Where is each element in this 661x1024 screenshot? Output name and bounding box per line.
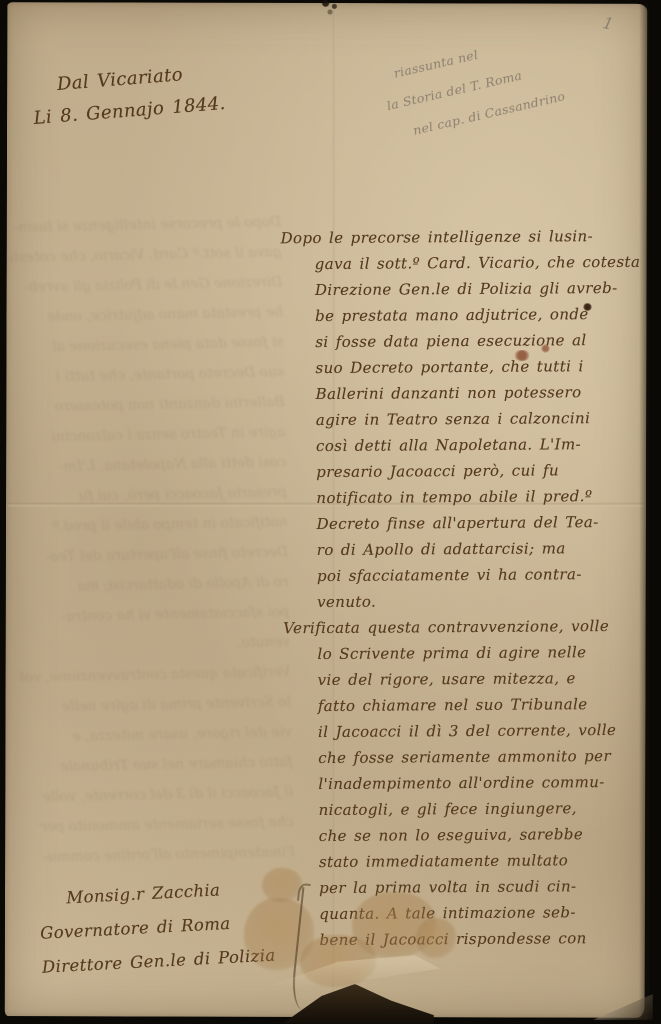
body-line: lo Scrivente prima di agire nelle	[317, 639, 643, 667]
body-line: agire in Teatro senza i calzoncini	[316, 405, 642, 433]
body-line: stato immediatamente multato	[319, 847, 645, 875]
body-line: venuto.	[317, 587, 643, 615]
body-line: suo Decreto portante, che tutti i	[315, 353, 641, 381]
body-line: nicatogli, e gli fece ingiungere,	[318, 795, 644, 823]
body-line: be prestata mano adjutrice, onde	[315, 301, 641, 329]
paper-right-edge-shadow	[639, 0, 649, 1024]
body-line: bene il Jacoacci rispondesse con	[319, 925, 645, 953]
body-line: che fosse seriamente ammonito per	[318, 743, 644, 771]
body-line: notificato in tempo abile il pred.º	[316, 483, 642, 511]
body-line: si fosse data piena esecuzione al	[315, 327, 641, 355]
body-line: fatto chiamare nel suo Tribunale	[318, 691, 644, 719]
body-line: Decreto finse all'apertura del Tea-	[316, 509, 642, 537]
body-line: Verificata questa contravvenzione, volle	[283, 613, 643, 642]
body-line: Direzione Gen.le di Polizia gli avreb-	[315, 275, 641, 303]
body-line: presario Jacoacci però, cui fu	[316, 457, 642, 485]
body-line: Dopo le precorse intelligenze si lusin-	[280, 223, 640, 252]
body-line: Ballerini danzanti non potessero	[316, 379, 642, 407]
body-line: che se non lo eseguiva, sarebbe	[319, 821, 645, 849]
addressee-block: Monsig.r Zacchia Governatore di Roma Dir…	[38, 869, 303, 984]
body-line: l'inadempimento all'ordine commu-	[318, 769, 644, 797]
top-fold-marks	[319, 0, 341, 16]
scanned-letter-page: Dopo le precorse intelligenze si lusin-g…	[0, 0, 661, 1024]
body-line: così detti alla Napoletana. L'Im-	[316, 431, 642, 459]
body-line: gava il sott.º Card. Vicario, che cotest…	[315, 249, 641, 277]
body-line: per la prima volta in scudi cin-	[319, 873, 645, 901]
body-line: quanta. A tale intimazione seb-	[319, 899, 645, 927]
body-line: poi sfacciatamente vi ha contra-	[317, 561, 643, 589]
body-text: Dopo le precorse intelligenze si lusin-g…	[280, 223, 645, 953]
body-line: ro di Apollo di adattarcisi; ma	[317, 535, 643, 563]
body-line: il Jacoacci il dì 3 del corrente, volle	[318, 717, 644, 745]
body-line: vie del rigore, usare mitezza, e	[318, 665, 644, 693]
